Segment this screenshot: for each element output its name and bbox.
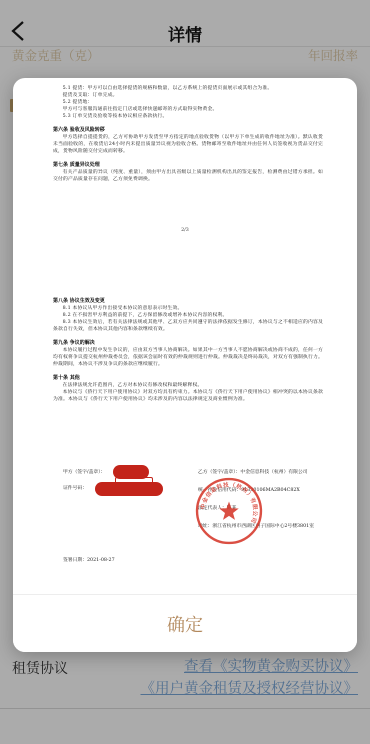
article-9-body: 本协议履行过程中发生争议的，应由双方当事人协商解决。如果其中一方当事人不愿协商解… <box>53 347 323 368</box>
id-number-redaction <box>95 482 163 496</box>
sign-date-value: 2021-08-27 <box>87 558 115 563</box>
clause-5-1b: 提货及支取：订单完成。 <box>53 92 323 99</box>
clause-5-3: 5.3 订单交货及验收等按本协议相应条款执行。 <box>53 113 323 120</box>
stamp-star-icon <box>219 501 238 519</box>
clause-5-2b: 甲方可与客服沟通前往指定门店或选择快递邮寄的方式取得实物黄金。 <box>53 106 323 113</box>
clause-10-1: 在法律法规允许范围内，乙方对本协议有修改权和最终解释权。 <box>53 382 323 389</box>
contract-page-2-section: 第八条 协议生效及变更 8.1 本协议从甲方作出接受本协议的意思表示时生效。 8… <box>53 298 323 403</box>
party-b-line: 乙方（签字/盖章）：中金信息科技（杭州）有限公司 <box>198 469 308 476</box>
sign-date-label: 签署日期： <box>63 558 87 563</box>
id-number-label: 证件号码： <box>63 485 87 492</box>
page-number: 2/3 <box>13 228 357 233</box>
clause-8-3: 8.3 本协议生效后，若有关法律法规或其他甲、乙双方应共同遵守的法律依据发生修订… <box>53 319 323 333</box>
clause-5-2: 5.2 提货地： <box>53 99 323 106</box>
confirm-button[interactable]: 确定 <box>13 595 357 652</box>
clause-8-2: 8.2 在不损害甲方利益的前提下，乙方保留修改或增补本协议内容的权利。 <box>53 312 323 319</box>
party-b-name: 中金信息科技（杭州）有限公司 <box>240 470 307 475</box>
article-10-heading: 第十条 其他 <box>53 375 323 382</box>
company-stamp: 中金信息科技（杭州）有限公司 <box>195 477 263 545</box>
clause-8-1: 8.1 本协议从甲方作出接受本协议的意思表示时生效。 <box>53 305 323 312</box>
party-b-label: 乙方（签字/盖章）： <box>198 470 240 475</box>
screen: 详情 黄金克重（克） 年回报率 租赁协议 查看《实物黄金购买协议》 《用户黄金租… <box>0 0 370 744</box>
agreement-modal: 5.1 提货：甲方可以自由选择提货的规格和数量，以乙方系统上的提货页面展示或其组… <box>13 78 357 652</box>
clause-5-1: 5.1 提货：甲方可以自由选择提货的规格和数量，以乙方系统上的提货页面展示或其组… <box>53 85 323 92</box>
signature-block: 甲方（签字/盖章）： 证件号码： 乙方（签字/盖章）：中金信息科技（杭州）有限公… <box>13 464 357 595</box>
party-a-label: 甲方（签字/盖章）： <box>63 469 105 476</box>
clause-10-2: 本协议与《侨行天下用户使用协议》对双方均具有约束力。本协议与《侨行天下用户使用协… <box>53 389 323 403</box>
sign-date-line: 签署日期：2021-08-27 <box>63 557 115 564</box>
article-8-heading: 第八条 协议生效及变更 <box>53 298 323 305</box>
article-7-heading: 第七条 质量异议处理 <box>53 162 323 169</box>
article-6-body: 甲方选择自提提货的，乙方可协助甲方发货至甲方指定的地点验收货物（以甲方下单生成的… <box>53 134 323 155</box>
contract-document-viewer[interactable]: 5.1 提货：甲方可以自由选择提货的规格和数量，以乙方系统上的提货页面展示或其组… <box>13 78 357 595</box>
article-7-body: 有关产品质量的异议（纯度、重量），须由甲方出具省级以上质量检测机构出具的鉴定报告… <box>53 169 323 183</box>
article-6-heading: 第六条 验收及风险转移 <box>53 127 323 134</box>
article-9-heading: 第九条 争议的解决 <box>53 340 323 347</box>
contract-page-1-section: 5.1 提货：甲方可以自由选择提货的规格和数量，以乙方系统上的提货页面展示或其组… <box>53 85 323 183</box>
